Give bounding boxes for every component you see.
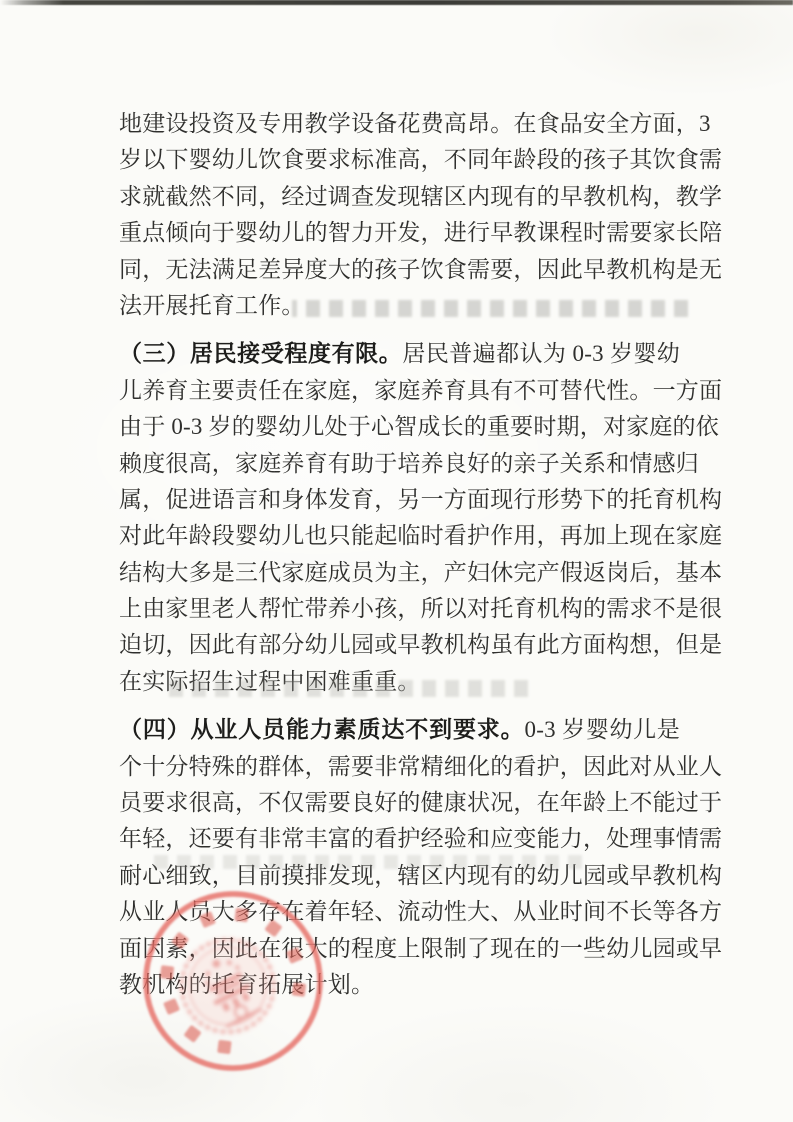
text-line: 求就截然不同，经过调查发现辖区内现有的早教机构，教学 xyxy=(119,179,680,215)
text-line: 重点倾向于婴幼儿的智力开发，进行早教课程时需要家长陪 xyxy=(119,215,680,251)
text-line: 教机构的托育拓展计划。 xyxy=(119,967,680,1003)
text-line: 由于 0-3 岁的婴幼儿处于心智成长的重要时期，对家庭的依 xyxy=(119,409,680,445)
section-heading: （四）从业人员能力素质达不到要求。 xyxy=(119,717,525,742)
text-line: 地建设投资及专用教学设备花费高昂。在食品安全方面，3 xyxy=(119,106,680,142)
text-line: 迫切，因此有部分幼儿园或早教机构虽有此方面构想，但是 xyxy=(119,627,680,663)
text-line: 上由家里老人帮忙带养小孩，所以对托育机构的需求不是很 xyxy=(119,591,680,627)
text-line: 同，无法满足差异度大的孩子饮食需要，因此早教机构是无 xyxy=(119,252,680,288)
document-body: 地建设投资及专用教学设备花费高昂。在食品安全方面，3 岁以下婴幼儿饮食要求标准高… xyxy=(119,106,680,1003)
text-line: 个十分特殊的群体，需要非常精细化的看护，因此对从业人 xyxy=(119,749,680,785)
text-line: 年轻，还要有非常丰富的看护经验和应变能力，处理事情需 xyxy=(119,821,680,857)
paragraph-heading-line: （三）居民接受程度有限。居民普遍都认为 0-3 岁婴幼 xyxy=(119,336,680,372)
text-line: 从业人员大多存在着年轻、流动性大、从业时间不长等各方 xyxy=(119,894,680,930)
text-run: 0-3 岁婴幼儿是 xyxy=(525,717,680,742)
text-line: 儿养育主要责任在家庭，家庭养育具有不可替代性。一方面 xyxy=(119,373,680,409)
paragraph-heading-line: （四）从业人员能力素质达不到要求。0-3 岁婴幼儿是 xyxy=(119,712,680,748)
text-line: 赖度很高，家庭养育有助于培养良好的亲子关系和情感归 xyxy=(119,446,680,482)
text-line: 耐心细致，目前摸排发现，辖区内现有的幼儿园或早教机构 xyxy=(119,858,680,894)
text-line: 面因素，因此在很大的程度上限制了现在的一些幼儿园或早 xyxy=(119,931,680,967)
text-line: 结构大多是三代家庭成员为主，产妇休完产假返岗后，基本 xyxy=(119,555,680,591)
text-line: 员要求很高，不仅需要良好的健康状况，在年龄上不能过于 xyxy=(119,785,680,821)
text-line: 属，促进语言和身体发育，另一方面现行形势下的托育机构 xyxy=(119,482,680,518)
text-run: 居民普遍都认为 0-3 岁婴幼 xyxy=(402,341,680,366)
text-line: 在实际招生过程中困难重重。 xyxy=(119,664,680,700)
text-line: 岁以下婴幼儿饮食要求标准高，不同年龄段的孩子其饮食需 xyxy=(119,142,680,178)
section-heading: （三）居民接受程度有限。 xyxy=(119,341,402,366)
text-line: 对此年龄段婴幼儿也只能起临时看护作用，再加上现在家庭 xyxy=(119,518,680,554)
text-line: 法开展托育工作。 xyxy=(119,288,680,324)
scan-edge-artifact xyxy=(0,0,793,5)
